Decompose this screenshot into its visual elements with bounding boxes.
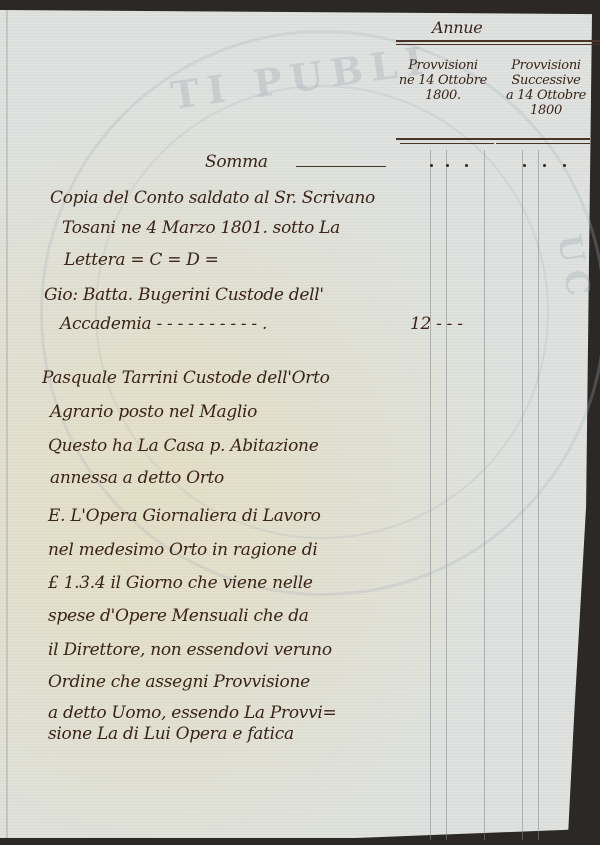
column-header-1-line3: 1800. (393, 88, 493, 103)
page-fold-line (6, 10, 8, 838)
summary-dot (523, 164, 526, 167)
entry-3-line-10: Ordine che assegni Provvisione (48, 672, 310, 692)
column-rule (430, 150, 431, 840)
entry-3-line-1: Pasquale Tarrini Custode dell'Orto (42, 368, 330, 388)
header-group-label: Annue (432, 18, 482, 37)
column-header-1-line1: Provvisioni (393, 58, 493, 73)
entry-3-line-5: E. L'Opera Giornaliera di Lavoro (48, 506, 321, 526)
entry-3-line-2: Agrario posto nel Maglio (50, 402, 257, 422)
column-rule (484, 150, 485, 840)
summary-dot (563, 164, 566, 167)
column-rule (446, 150, 447, 840)
summary-dot (446, 164, 449, 167)
column-header-2-line1: Provvisioni (496, 58, 596, 73)
column-header-rule (490, 138, 590, 140)
entry-1-line-3: Lettera = C = D = (64, 250, 219, 270)
entry-3-line-7: £ 1.3.4 il Giorno che viene nelle (48, 573, 313, 593)
column-header-rule (396, 138, 494, 140)
entry-3-line-9: il Direttore, non essendovi veruno (48, 640, 332, 660)
summary-dot (465, 164, 468, 167)
column-header-2: Provvisioni Successive a 14 Ottobre 1800 (496, 58, 596, 118)
header-rule (396, 44, 600, 45)
column-header-rule (400, 143, 494, 144)
header-rule (396, 40, 600, 42)
column-header-1-line2: ne 14 Ottobre (393, 73, 493, 88)
entry-2-line-2: Accademia - - - - - - - - - - . (60, 314, 267, 334)
column-header-2-line2: Successive (496, 73, 596, 88)
summary-dash (296, 166, 386, 167)
summary-dot (543, 164, 546, 167)
entry-1-line-1: Copia del Conto saldato al Sr. Scrivano (50, 188, 375, 208)
column-header-1: Provvisioni ne 14 Ottobre 1800. (393, 58, 493, 103)
column-rule (522, 150, 523, 840)
summary-dot (430, 164, 433, 167)
entry-3-line-8: spese d'Opere Mensuali che da (48, 606, 309, 626)
entry-3-line-12: sione La di Lui Opera e fatica (48, 724, 294, 744)
column-rule (538, 150, 539, 840)
entry-2-amount: 12 - - - (410, 314, 463, 334)
column-header-2-line3: a 14 Ottobre (496, 88, 596, 103)
column-header-2-line4: 1800 (496, 103, 596, 118)
entry-3-line-6: nel medesimo Orto in ragione di (48, 540, 317, 560)
entry-1-line-2: Tosani ne 4 Marzo 1801. sotto La (62, 218, 340, 238)
entry-3-line-11: a detto Uomo, essendo La Provvi= (48, 703, 336, 723)
summary-label: Somma (205, 152, 268, 172)
column-header-rule (496, 143, 590, 144)
entry-3-line-4: annessa a detto Orto (50, 468, 224, 488)
entry-3-line-3: Questo ha La Casa p. Abitazione (48, 436, 318, 456)
entry-2-line-1: Gio: Batta. Bugerini Custode dell' (44, 285, 324, 305)
